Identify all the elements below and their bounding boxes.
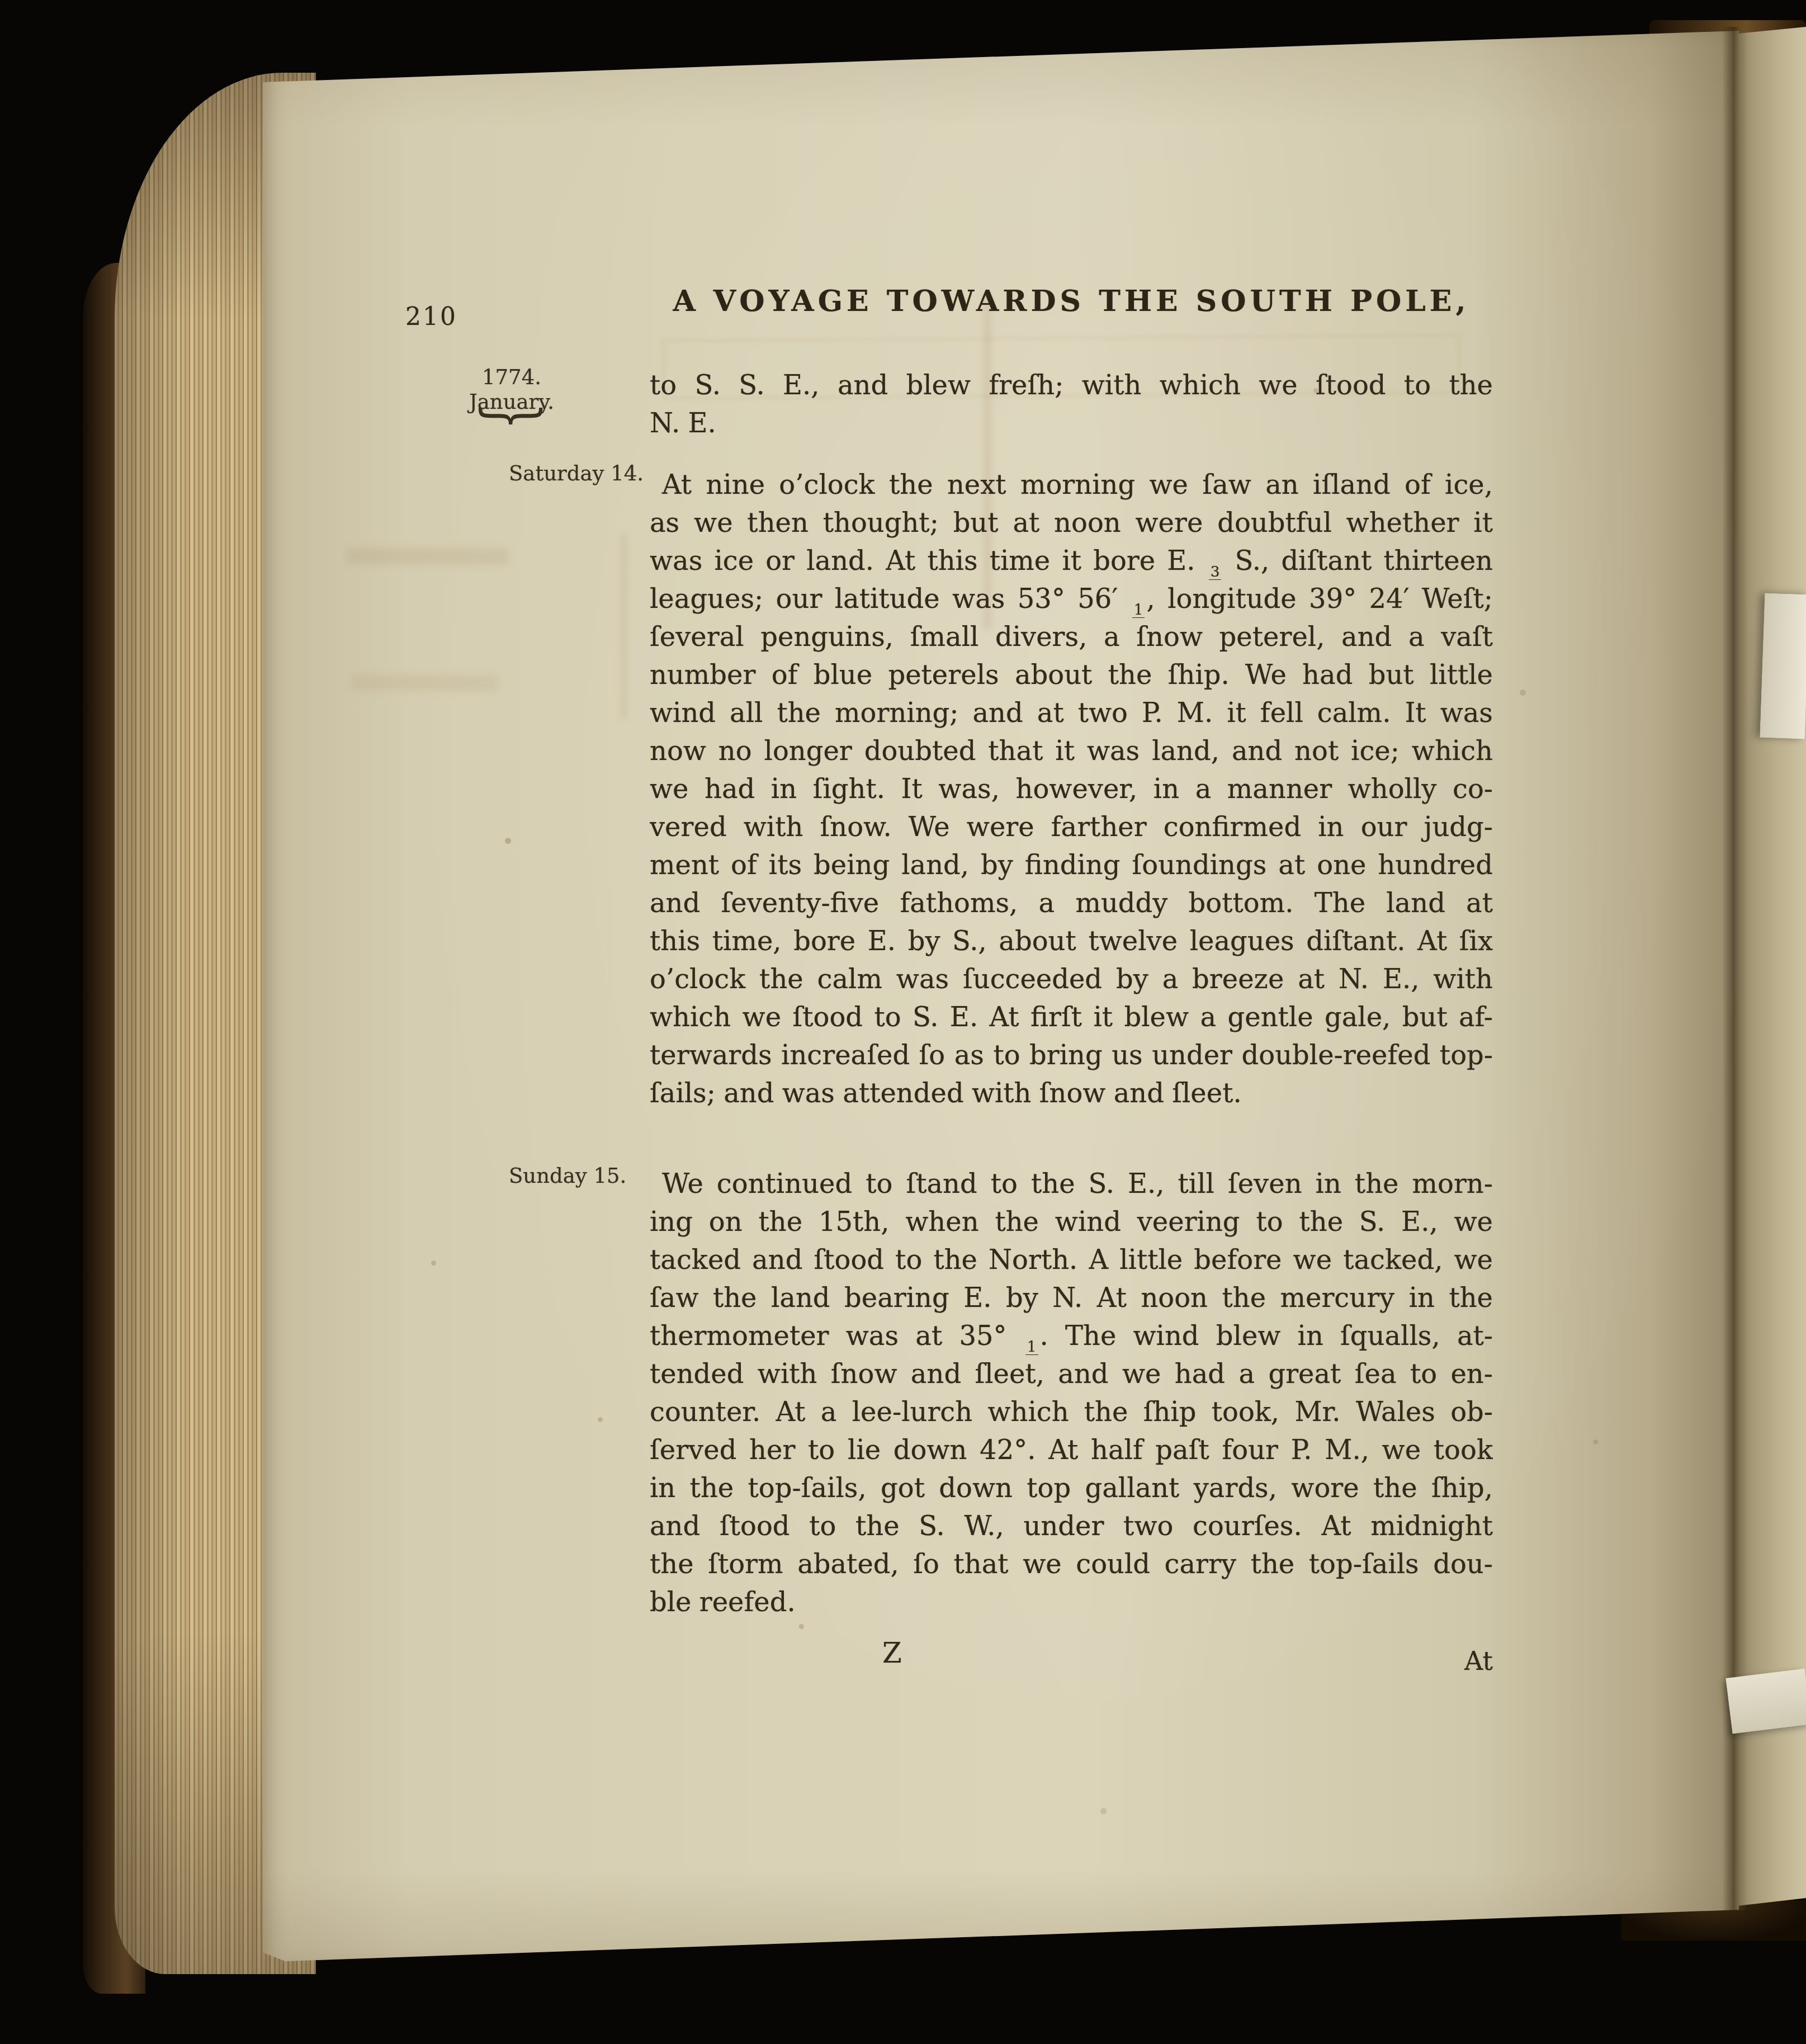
book-photo: 210 A VOYAGE TOWARDS THE SOUTH POLE, 177… <box>0 0 1806 2044</box>
text-line: ſails; and was attended with ſnow and ſl… <box>650 1074 1493 1112</box>
running-title: A VOYAGE TOWARDS THE SOUTH POLE, <box>650 284 1493 319</box>
text-line: ſeveral penguins, ſmall divers, a ſnow p… <box>650 618 1493 656</box>
text-line: vered with ſnow. We were farther confirm… <box>650 808 1493 846</box>
text-line: was ice or land. At this time it bore E.… <box>650 542 1493 580</box>
brace-icon: } <box>500 402 527 430</box>
paper-slip <box>1760 593 1806 739</box>
text-line: thermometer was at 35° 14. The wind blew… <box>650 1317 1493 1355</box>
text-line: number of blue peterels about the ſhip. … <box>650 656 1493 694</box>
text-line: which we ſtood to S. E. At firſt it blew… <box>650 998 1493 1036</box>
curly-brace-decoration: } <box>474 402 552 430</box>
text-line: to S. S. E., and blew freſh; with which … <box>650 366 1493 404</box>
text-line: tended with ſnow and ſleet, and we had a… <box>650 1355 1493 1393</box>
paragraph-continuation: to S. S. E., and blew freſh; with which … <box>650 366 1493 442</box>
text-line: We continued to ſtand to the S. E., till… <box>650 1165 1493 1203</box>
text-line: N. E. <box>650 404 1493 442</box>
stacked-fraction: 12 <box>1132 603 1145 618</box>
text-line: ble reefed. <box>650 1583 1493 1621</box>
paragraph-saturday-14: At nine o’clock the next morning we ſaw … <box>650 466 1493 1112</box>
text-line: ment of its being land, by finding ſound… <box>650 846 1493 884</box>
text-line: terwards increaſed ſo as to bring us und… <box>650 1036 1493 1074</box>
sidenote-sunday: Sunday 15. <box>509 1164 626 1188</box>
catchword: At <box>650 1646 1493 1676</box>
sidenote-saturday: Saturday 14. <box>509 461 644 486</box>
text-line: ſerved her to lie down 42°. At half paſt… <box>650 1431 1493 1469</box>
text-line: counter. At a lee-lurch which the ſhip t… <box>650 1393 1493 1431</box>
foxing-specks <box>263 31 267 35</box>
text-line: o’clock the calm was ſucceeded by a bree… <box>650 960 1493 998</box>
paragraph-sunday-15: We continued to ſtand to the S. E., till… <box>650 1165 1493 1621</box>
show-through-text <box>347 548 509 565</box>
facing-page-sliver <box>1738 27 1806 1906</box>
text-line: now no longer doubted that it was land, … <box>650 732 1493 770</box>
text-line: tacked and ſtood to the North. A little … <box>650 1241 1493 1279</box>
show-through-text <box>352 675 498 691</box>
page-number: 210 <box>405 303 457 331</box>
text-line: the ſtorm abated, ſo that we could carry… <box>650 1545 1493 1583</box>
text-line: and ſeventy-five fathoms, a muddy bottom… <box>650 884 1493 922</box>
book-page: 210 A VOYAGE TOWARDS THE SOUTH POLE, 177… <box>263 31 1739 1966</box>
text-line: in the top-ſails, got down top gallant y… <box>650 1469 1493 1507</box>
text-line: leagues; our latitude was 53° 56′ 12, lo… <box>650 580 1493 618</box>
text-line: we had in ſight. It was, however, in a m… <box>650 770 1493 808</box>
text-line: ſaw the land bearing E. by N. At noon th… <box>650 1279 1493 1317</box>
text-line: this time, bore E. by S., about twelve l… <box>650 922 1493 960</box>
sidenote-year: 1774. <box>453 365 570 390</box>
paper-stain <box>621 534 627 719</box>
text-line: as we then thought; but at noon were dou… <box>650 504 1493 542</box>
text-line: At nine o’clock the next morning we ſaw … <box>650 466 1493 504</box>
paper-slip <box>1725 1669 1806 1734</box>
stacked-fraction: 34 <box>1209 565 1222 580</box>
text-line: and ſtood to the S. W., under two courſe… <box>650 1507 1493 1545</box>
stacked-fraction: 14 <box>1025 1340 1038 1355</box>
text-line: wind all the morning; and at two P. M. i… <box>650 694 1493 732</box>
text-line: ing on the 15th, when the wind veering t… <box>650 1203 1493 1241</box>
